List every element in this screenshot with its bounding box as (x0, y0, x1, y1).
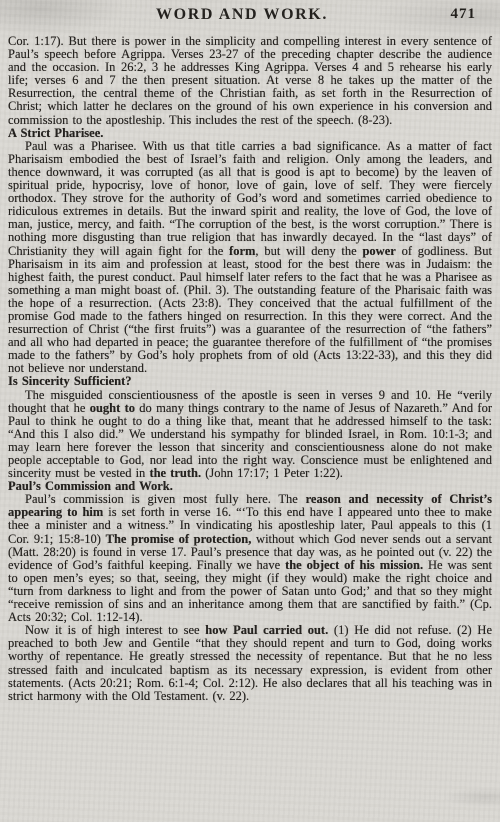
paragraph-how-paul-carried-out: Now it is of high interest to see how Pa… (8, 624, 492, 703)
journal-title: WORD AND WORK. (0, 6, 492, 24)
scanned-page: WORD AND WORK. 471 Cor. 1:17). But there… (0, 0, 500, 822)
article-body: Cor. 1:17). But there is power in the si… (0, 28, 500, 703)
paragraph-strict-pharisee: Paul was a Pharisee. With us that title … (8, 140, 492, 376)
paragraph-sincerity-sufficient: The misguided conscientiousness of the a… (8, 389, 492, 481)
page-number: 471 (451, 6, 477, 23)
running-head: WORD AND WORK. 471 (0, 0, 500, 28)
paragraph-intro-continuation: Cor. 1:17). But there is power in the si… (8, 35, 492, 127)
paragraph-pauls-commission: Paul’s commission is given most fully he… (8, 493, 492, 624)
